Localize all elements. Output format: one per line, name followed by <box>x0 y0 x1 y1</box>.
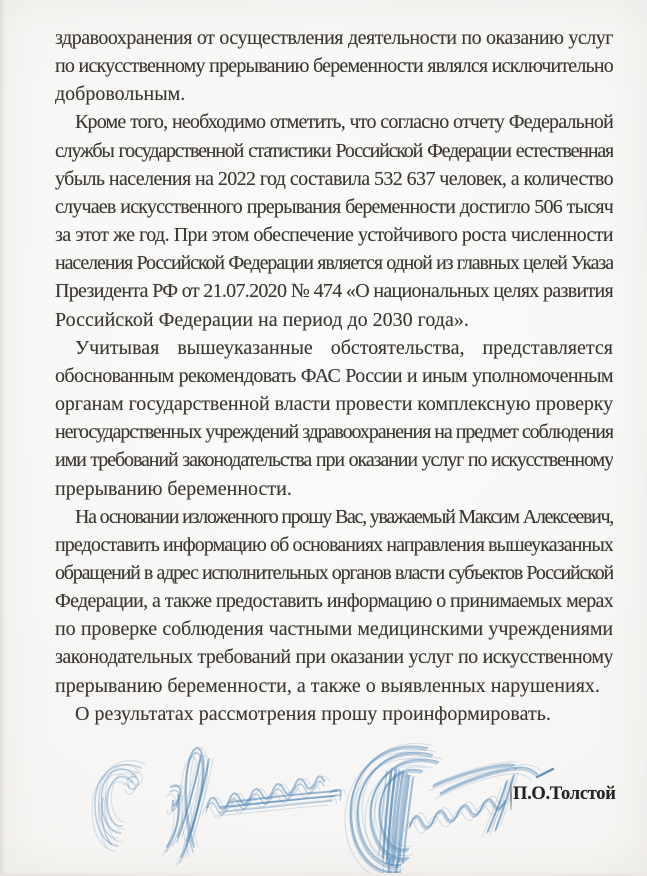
letter-line: Кроме того, необходимо отметить, что сог… <box>55 108 613 136</box>
letter-line: здравоохранения от осуществления деятель… <box>55 24 613 52</box>
paragraph: Учитывая вышеуказанные обстоятельства, п… <box>55 334 613 503</box>
signature-word-scribble <box>162 748 346 866</box>
letter-line: ими требований законодательства при оказ… <box>55 446 613 474</box>
signature-flourish-left <box>92 761 145 851</box>
signature-tail-tick <box>537 769 553 777</box>
letter-line: негосударственных учреждений здравоохран… <box>55 418 613 446</box>
paragraph: здравоохранения от осуществления деятель… <box>55 24 613 108</box>
signatory-name: П.О.Толстой <box>513 784 616 805</box>
letter-line: за этот же год. При этом обеспечение уст… <box>55 221 613 249</box>
signature-main-flourish <box>345 744 553 876</box>
letter-line: Учитывая вышеуказанные обстоятельства, п… <box>55 334 613 362</box>
scan-left-edge-shadow <box>0 0 5 876</box>
scan-artifact-line <box>510 782 512 810</box>
letter-line: органам государственной власти провести … <box>55 390 613 418</box>
letter-line: обращений в адрес исполнительных органов… <box>55 559 613 587</box>
letter-line: законодательных требований при оказании … <box>55 643 613 671</box>
letter-line: убыль населения на 2022 год составила 53… <box>55 165 613 193</box>
letter-line: На основании изложенного прошу Вас, уваж… <box>55 503 613 531</box>
letter-line: службы государственной статистики Россий… <box>55 137 613 165</box>
letter-line: Президента РФ от 21.07.2020 № 474 «О нац… <box>55 277 613 305</box>
letter-line: прерыванию беременности. <box>55 475 613 503</box>
scanned-letter-page: здравоохранения от осуществления деятель… <box>0 0 647 876</box>
paragraph: Кроме того, необходимо отметить, что сог… <box>55 108 613 333</box>
letter-line: по искусственному прерыванию беременност… <box>55 52 613 80</box>
letter-line: обоснованным рекомендовать ФАС России и … <box>55 362 613 390</box>
letter-line: населения Российской Федерации является … <box>55 249 613 277</box>
letter-line: Российской Федерации на период до 2030 г… <box>55 306 613 334</box>
letter-line: прерыванию беременности, а также о выявл… <box>55 672 613 700</box>
paragraph: О результатах рассмотрения прошу проинфо… <box>55 700 613 728</box>
letter-line: случаев искусственного прерывания береме… <box>55 193 613 221</box>
paragraph: На основании изложенного прошу Вас, уваж… <box>55 503 613 700</box>
letter-line: Федерации, а также предоставить информац… <box>55 587 613 615</box>
letter-line: добровольным. <box>55 80 613 108</box>
letter-line: по проверке соблюдения частными медицинс… <box>55 615 613 643</box>
letter-line: О результатах рассмотрения прошу проинфо… <box>55 700 613 728</box>
letter-body: здравоохранения от осуществления деятель… <box>55 24 613 728</box>
letter-line: предоставить информацию об основаниях на… <box>55 531 613 559</box>
